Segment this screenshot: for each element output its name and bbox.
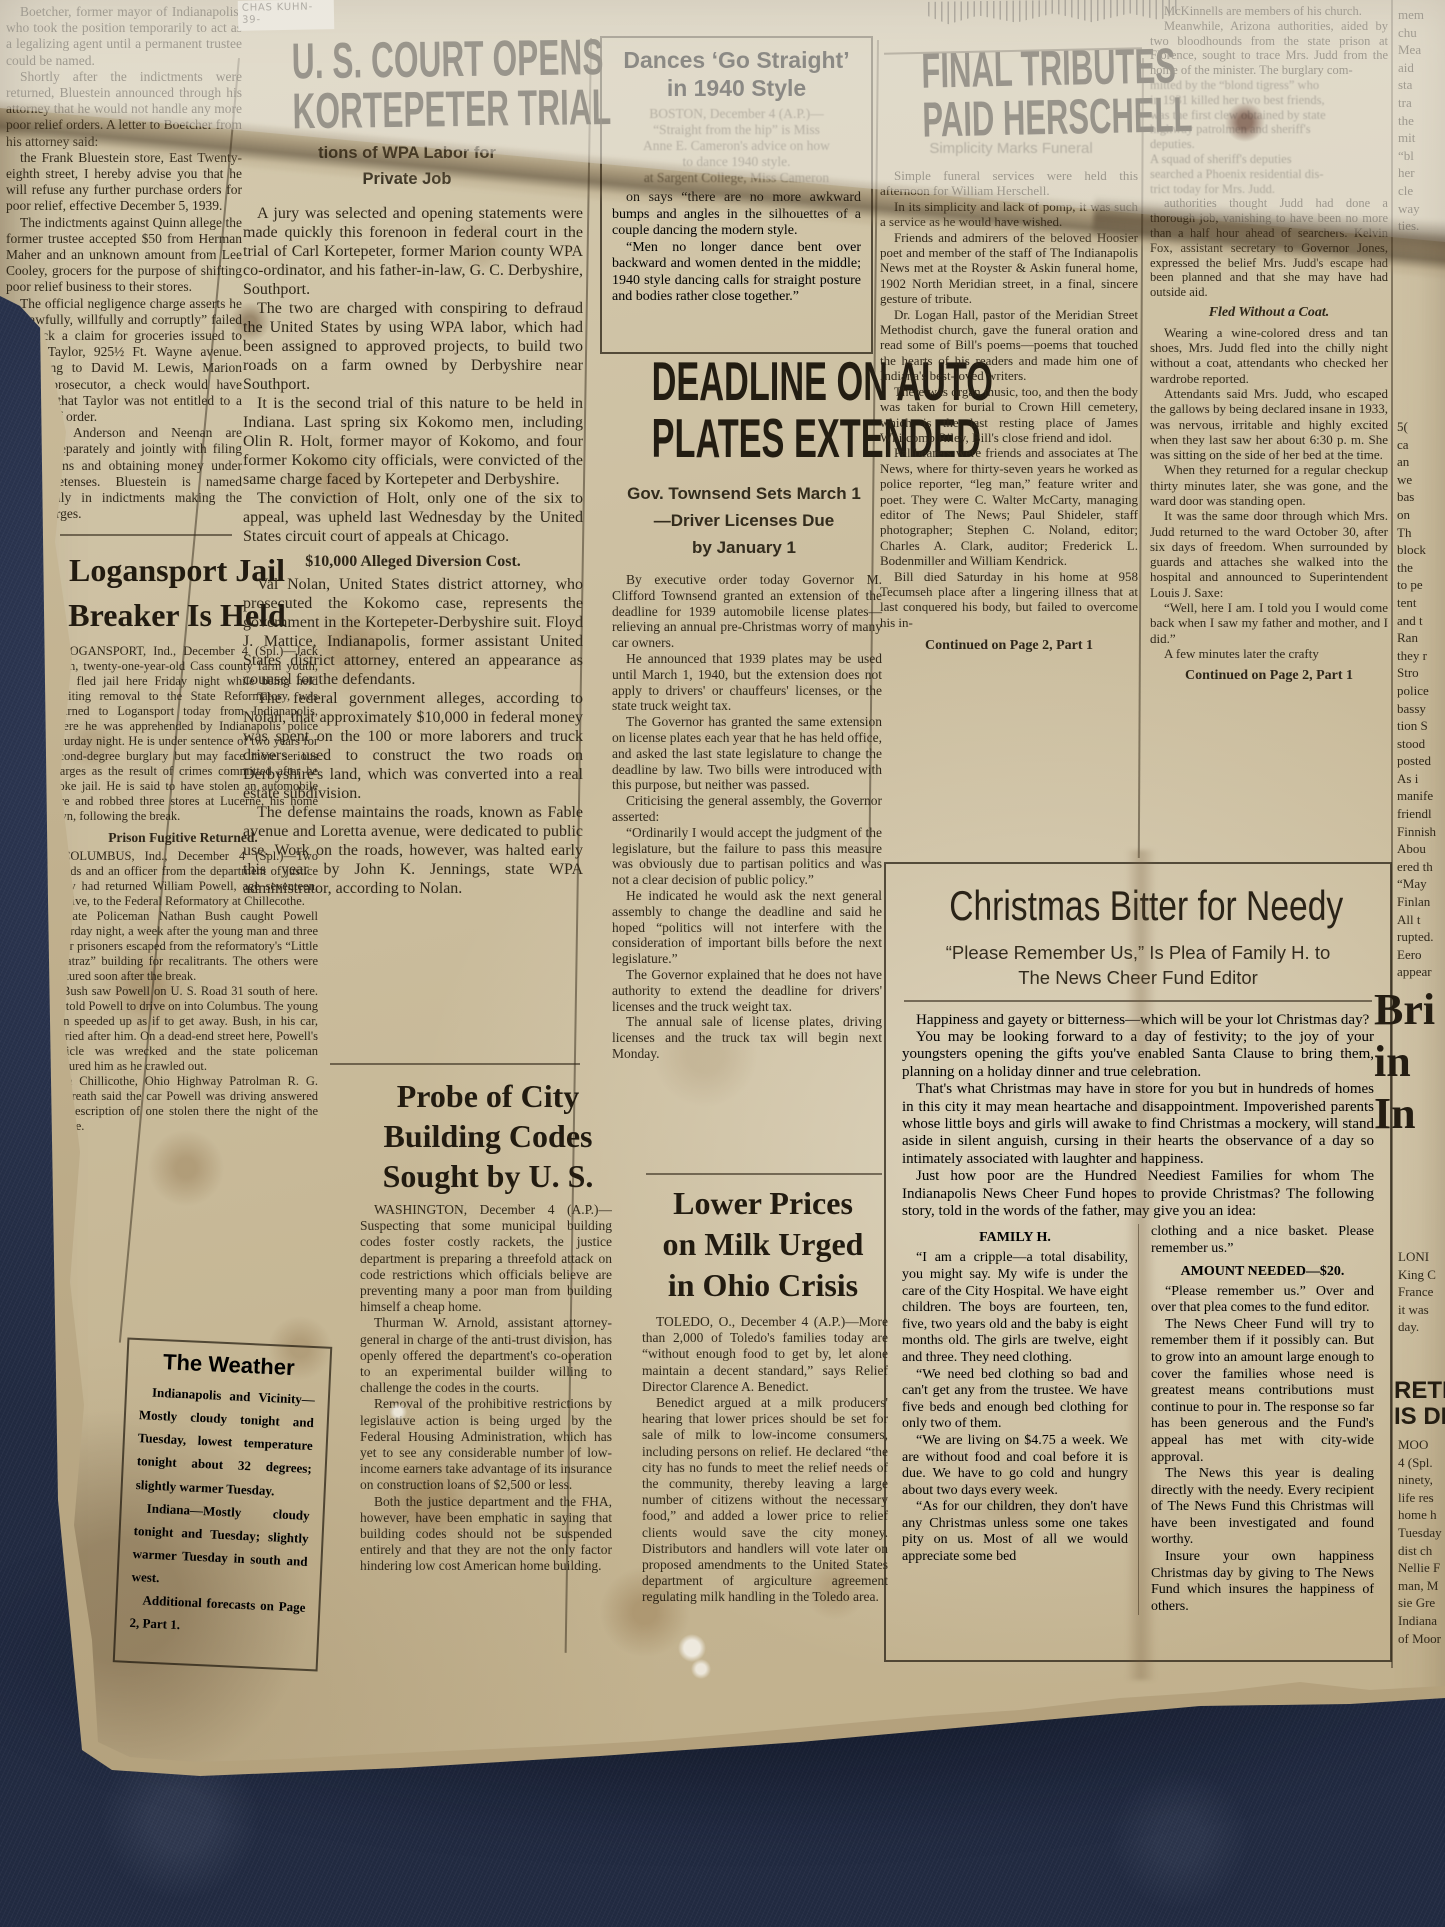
section-rule — [646, 1173, 882, 1175]
text-line: “As for our children, they don't have an… — [902, 1499, 1128, 1565]
cheer-fund-columns: FAMILY H. “I am a cripple—a total disabi… — [902, 1224, 1374, 1615]
text-line: an — [1397, 453, 1445, 471]
text-line: PLATES EXTENDED — [652, 410, 837, 470]
edge-fragments-top: memchuMeaaidstatrathemit“blherclewayties… — [1398, 6, 1445, 235]
text-line: at Sargent College, Miss Cameron — [612, 170, 861, 186]
text-line: RETIR — [1394, 1378, 1445, 1404]
text-line: was the first clew obtained by state — [1150, 108, 1388, 123]
text-line: 5( — [1397, 418, 1445, 436]
text-line: You may be looking forward to a day of f… — [902, 1029, 1374, 1081]
text-line: “Straight from the hip” is Miss — [612, 122, 861, 138]
text-line: authorities thought Judd had done a thor… — [1150, 196, 1388, 300]
text-line: “May — [1397, 875, 1445, 893]
text-line: King C — [1398, 1266, 1445, 1284]
section-rule — [330, 1063, 580, 1065]
text-line: Bill died Saturday in his home at 958 Te… — [880, 569, 1138, 631]
text-line: BOSTON, December 4 (A.P.)— — [612, 106, 861, 122]
text-line: PAID HERSCHELL — [922, 90, 1101, 145]
text-line: we — [1397, 471, 1445, 489]
text-line: “Please Remember Us,” Is Plea of Family … — [902, 940, 1374, 965]
text-line: By executive order today Governor M. Cli… — [612, 572, 882, 651]
judd-continued-line: Continued on Page 2, Part 1 — [1150, 669, 1388, 684]
text-line: in — [1374, 1036, 1445, 1088]
text-line: “bl — [1398, 147, 1445, 165]
text-line: home h — [1398, 1506, 1445, 1524]
text-line: tra — [1398, 94, 1445, 112]
text-line: Gov. Townsend Sets March 1 — [610, 480, 878, 507]
text-line: Lower Prices — [640, 1183, 886, 1224]
column-rule — [1138, 58, 1144, 858]
text-line: “We need bed clothing so bad and can't g… — [902, 1367, 1128, 1433]
text-line: it was — [1398, 1301, 1445, 1319]
text-line: “Ordinarily I would accept the judgment … — [612, 825, 882, 888]
judd-top-body: McKinnells are members of his church.Mea… — [1150, 4, 1388, 78]
text-line: posted — [1397, 752, 1445, 770]
text-line: searched a Phoenix residential dis- — [1150, 167, 1388, 182]
weather-box: The Weather Indianapolis and Vicinity—Mo… — [113, 1338, 333, 1672]
text-line: ered th — [1397, 858, 1445, 876]
edge-fragments-lower: LONIKing CFranceit wasday. — [1398, 1248, 1445, 1336]
text-line: “We are living on $4.75 a week. We are w… — [902, 1433, 1128, 1499]
text-line: The News this year is dealing directly w… — [1151, 1466, 1374, 1549]
text-line: The federal government alleges, accordin… — [243, 689, 583, 803]
text-line: trict today for Mrs. Judd. — [1150, 182, 1388, 197]
text-line: stood — [1397, 735, 1445, 753]
text-line: Dances ‘Go Straight’ — [612, 46, 861, 74]
text-line: TOLEDO, O., December 4 (A.P.)—More than … — [642, 1314, 888, 1395]
text-line: Just how poor are the Hundred Neediest F… — [902, 1168, 1374, 1220]
text-line: in Ohio Crisis — [640, 1265, 886, 1306]
text-line: Wearing a wine-colored dress and tan sho… — [1150, 325, 1388, 386]
dances-headline: Dances ‘Go Straight’in 1940 Style — [612, 46, 861, 102]
text-line: Probe of City — [362, 1076, 614, 1116]
herschell-tributes-headline: FINAL TRIBUTESPAID HERSCHELL — [875, 41, 1147, 145]
text-line: The two are charged with conspiring to d… — [243, 299, 583, 394]
amount-needed-body: “Please remember us.” Over and over that… — [1151, 1284, 1374, 1616]
text-line: Sought by U. S. — [362, 1156, 614, 1196]
text-line: cle — [1398, 182, 1445, 200]
text-line: they r — [1397, 647, 1445, 665]
text-line: Meanwhile, Arizona authorities, aided by… — [1150, 19, 1388, 78]
text-line: He announced that 1939 plates may be use… — [612, 651, 882, 714]
subtitle-rule — [904, 1000, 1372, 1002]
text-line: bas — [1397, 488, 1445, 506]
cheer-fund-headline: Christmas Bitter for Needy — [949, 882, 1327, 930]
dances-lead-smudged: BOSTON, December 4 (A.P.)—“Straight from… — [612, 106, 861, 186]
herschell-body: Simple funeral services were held this a… — [880, 168, 1138, 630]
text-line: way — [1398, 200, 1445, 218]
photo-scene: CHAS KUHN-39- Boetcher, former mayor of … — [0, 0, 1445, 1927]
text-line: Dr. Logan Hall, pastor of the Meridian S… — [880, 307, 1138, 384]
text-line: “Men no longer dance bent over backward … — [612, 240, 861, 306]
weather-forecast: Indianapolis and Vicinity—Mostly cloudy … — [129, 1380, 315, 1642]
text-line: bassy — [1397, 700, 1445, 718]
court-trial-article: A jury was selected and opening statemen… — [243, 204, 583, 898]
edge-fragments-bottom: MOO4 (Spl.ninety,life reshome hTuesdaydi… — [1398, 1436, 1445, 1647]
text-line: Ran — [1397, 629, 1445, 647]
text-line: man, M — [1398, 1577, 1445, 1595]
text-line: sta — [1398, 76, 1445, 94]
text-line: Pallbearers were friends and associates … — [880, 445, 1138, 568]
text-line: Stro — [1397, 664, 1445, 682]
building-codes-article: WASHINGTON, December 4 (A.P.)—Suspecting… — [360, 1202, 612, 1575]
text-line: Friends and admirers of the beloved Hoos… — [880, 230, 1138, 307]
handwritten-label: CHAS KUHN-39- — [238, 0, 335, 31]
text-line: Insure your own happiness Christmas day … — [1151, 1549, 1374, 1615]
text-line: tions of WPA Labor for — [242, 140, 572, 166]
text-line: mitted by the “blond tigress” who — [1150, 78, 1388, 93]
text-line: Criticising the general assembly, the Go… — [612, 793, 882, 825]
family-h-body: “I am a cripple—a total disability, you … — [902, 1250, 1128, 1565]
text-line: of Moor — [1398, 1630, 1445, 1648]
text-line: WASHINGTON, December 4 (A.P.)—Suspecting… — [360, 1202, 612, 1315]
text-line: Bri — [1374, 984, 1445, 1036]
text-line: That's what Christmas may have in store … — [902, 1081, 1374, 1168]
text-line: The News Cheer Fund Editor — [902, 965, 1374, 990]
text-line: block — [1397, 541, 1445, 559]
text-line: A squad of sheriff's deputies — [1150, 152, 1388, 167]
text-line: Bush saw Powell on U. S. Road 31 south o… — [48, 984, 318, 1074]
text-line: The defense maintains the roads, known a… — [243, 803, 583, 898]
text-line: There was organ music, too, and then the… — [880, 384, 1138, 446]
text-line: The annual sale of license plates, drivi… — [612, 1014, 882, 1061]
text-line: Indiana—Mostly cloudy tonight and Tuesda… — [131, 1496, 310, 1596]
license-deadline-headline: DEADLINE ON AUTOPLATES EXTENDED — [604, 354, 884, 468]
text-line: manife — [1397, 787, 1445, 805]
text-line: mit — [1398, 129, 1445, 147]
newspaper-page: CHAS KUHN-39- Boetcher, former mayor of … — [0, 0, 1445, 1927]
text-line: McKinnells are members of his church. — [1150, 4, 1388, 19]
weather-title: The Weather — [141, 1348, 317, 1382]
text-line: on — [1397, 506, 1445, 524]
judd-body: Wearing a wine-colored dress and tan sho… — [1150, 325, 1388, 662]
text-line: police — [1397, 682, 1445, 700]
text-line: Indiana — [1398, 1612, 1445, 1630]
text-line: the — [1397, 559, 1445, 577]
text-line: A few minutes later the crafty — [1150, 646, 1388, 661]
text-line: ninety, — [1398, 1471, 1445, 1489]
edge-headline-fragment: BriinIn — [1374, 984, 1445, 1140]
text-line: A jury was selected and opening statemen… — [243, 204, 583, 299]
text-line: 4 (Spl. — [1398, 1454, 1445, 1472]
text-line: State Policeman Nathan Bush caught Powel… — [48, 909, 318, 984]
ink-scribble-marks — [928, 0, 1180, 26]
fled-without-coat-subhead: Fled Without a Coat. — [1150, 306, 1388, 321]
family-h-column: FAMILY H. “I am a cripple—a total disabi… — [902, 1224, 1138, 1615]
text-line: in 1931 killed her two best friends, — [1150, 93, 1388, 108]
text-line: tent — [1397, 594, 1445, 612]
text-line: to pe — [1397, 576, 1445, 594]
text-line: Thurman W. Arnold, assistant attorney-ge… — [360, 1315, 612, 1396]
text-line: her — [1398, 164, 1445, 182]
text-line: The indictments against Quinn allege the… — [6, 215, 242, 296]
herschell-deck-smudged: Simplicity Marks Funeral — [880, 140, 1142, 157]
text-line: The Governor has granted the same extens… — [612, 714, 882, 793]
text-line: “Well, here I am. I told you I would com… — [1150, 600, 1388, 646]
text-line: highway patrolmen and sheriff's — [1150, 122, 1388, 137]
text-line: All t — [1397, 911, 1445, 929]
cheer-fund-subtitle: “Please Remember Us,” Is Plea of Family … — [902, 940, 1374, 990]
text-line: life res — [1398, 1489, 1445, 1507]
amount-needed-subhead: AMOUNT NEEDED—$20. — [1151, 1264, 1374, 1280]
text-line: In its simplicity and lack of pomp, it w… — [880, 199, 1138, 230]
text-line: Finlan — [1397, 893, 1445, 911]
text-line: on Milk Urged — [640, 1224, 886, 1265]
cheer-fund-intro: Happiness and gayety or bitterness—which… — [902, 1012, 1374, 1221]
text-line: dist ch — [1398, 1542, 1445, 1560]
text-line: deputies. — [1150, 137, 1388, 152]
text-line: Val Nolan, United States district attorn… — [243, 575, 583, 689]
text-line: Mea — [1398, 41, 1445, 59]
milk-prices-article: TOLEDO, O., December 4 (A.P.)—More than … — [642, 1314, 888, 1606]
text-line: appear — [1397, 963, 1445, 981]
text-line: The conviction of Holt, only one of the … — [243, 489, 583, 546]
dances-body: on says “there are no more awkward bumps… — [612, 190, 861, 306]
text-line: LONI — [1398, 1248, 1445, 1266]
text-line: The News Cheer Fund will try to remember… — [1151, 1317, 1374, 1466]
text-line: Nellie F — [1398, 1559, 1445, 1577]
text-line: in 1940 Style — [612, 74, 861, 102]
cheer-fund-box: Christmas Bitter for Needy “Please Remem… — [884, 862, 1392, 1662]
diversion-cost-subhead: $10,000 Alleged Diversion Cost. — [243, 552, 583, 571]
text-line: Simple funeral services were held this a… — [880, 168, 1138, 199]
text-line: Building Codes — [362, 1116, 614, 1156]
herschell-continued-line: Continued on Page 2, Part 1 — [880, 638, 1138, 653]
text-line: In Chillicothe, Ohio Highway Patrolman R… — [48, 1074, 318, 1134]
text-line: “I am a cripple—a total disability, you … — [902, 1250, 1128, 1366]
text-line: mem — [1398, 6, 1445, 24]
dances-box: Dances ‘Go Straight’in 1940 Style BOSTON… — [600, 36, 873, 354]
text-line: ca — [1397, 436, 1445, 454]
text-line: “Please remember us.” Over and over that… — [1151, 1284, 1374, 1317]
judd-smudged-lines: mitted by the “blond tigress” whoin 1931… — [1150, 78, 1388, 196]
text-line: It was the same door through which Mrs. … — [1150, 508, 1388, 600]
text-line: to dance 1940 style. — [612, 154, 861, 170]
text-line: Eero — [1397, 946, 1445, 964]
text-line: Shortly after the indictments were retur… — [6, 69, 242, 150]
text-line: France — [1398, 1283, 1445, 1301]
edge-retired-headline-fragment: RETIRIS DE — [1394, 1378, 1445, 1430]
family-h-subhead: FAMILY H. — [902, 1230, 1128, 1246]
text-line: Finnish — [1397, 823, 1445, 841]
text-line: In — [1374, 1088, 1445, 1140]
text-line: Removal of the prohibitive restrictions … — [360, 1396, 612, 1493]
court-trial-deck: tions of WPA Labor forPrivate Job — [242, 140, 572, 192]
text-line: rupted. — [1397, 928, 1445, 946]
milk-prices-headline: Lower Priceson Milk Urgedin Ohio Crisis — [640, 1183, 886, 1306]
license-deadline-article: By executive order today Governor M. Cli… — [612, 572, 882, 1062]
text-line: —Driver Licenses Due — [610, 507, 878, 534]
text-line: Private Job — [242, 166, 572, 192]
text-line: Indianapolis and Vicinity—Mostly cloudy … — [135, 1380, 315, 1503]
license-deadline-deck: Gov. Townsend Sets March 1—Driver Licens… — [610, 480, 878, 561]
judd-mid-body: authorities thought Judd had done a thor… — [1150, 196, 1388, 300]
text-line: the Frank Bluestein store, East Twenty-e… — [6, 150, 242, 215]
text-line: Benedict argued at a milk producers' hea… — [642, 1395, 888, 1606]
text-line: ties. — [1398, 217, 1445, 235]
text-line: Anne E. Cameron's advice on how — [612, 138, 861, 154]
text-line: MOO — [1398, 1436, 1445, 1454]
text-line: Boetcher, former mayor of Indianapolis, … — [6, 4, 242, 69]
text-line: on says “there are no more awkward bumps… — [612, 190, 861, 240]
text-line: The Governor explained that he does not … — [612, 967, 882, 1014]
text-line: DEADLINE ON AUTO — [652, 353, 837, 413]
text-line: friendl — [1397, 805, 1445, 823]
text-line: Happiness and gayety or bitterness—which… — [902, 1012, 1374, 1029]
text-line: KORTEPETER TRIAL — [292, 83, 526, 139]
text-line: Tuesday — [1398, 1524, 1445, 1542]
edge-fragments-middle: 5(caanwebasonThblocktheto petentand tRan… — [1397, 418, 1445, 981]
text-line: Attendants said Mrs. Judd, who escaped t… — [1150, 386, 1388, 462]
continuation-line: clothing and a nice basket. Please remem… — [1151, 1224, 1374, 1257]
text-line: tion S — [1397, 717, 1445, 735]
text-line: the — [1398, 112, 1445, 130]
amount-needed-column: clothing and a nice basket. Please remem… — [1138, 1224, 1374, 1615]
text-line: Additional forecasts on Page 2, Part 1. — [129, 1588, 306, 1642]
text-line: aid — [1398, 59, 1445, 77]
text-line: Th — [1397, 524, 1445, 542]
text-line: As i — [1397, 770, 1445, 788]
court-body: A jury was selected and opening statemen… — [243, 204, 583, 546]
judd-escape-article: McKinnells are members of his church.Mea… — [1150, 4, 1388, 684]
building-codes-headline: Probe of CityBuilding CodesSought by U. … — [362, 1076, 614, 1196]
text-line: and t — [1397, 612, 1445, 630]
text-line: He indicated he would ask the next gener… — [612, 888, 882, 967]
text-line: Abou — [1397, 840, 1445, 858]
court-body2: Val Nolan, United States district attorn… — [243, 575, 583, 898]
text-line: sie Gre — [1398, 1594, 1445, 1612]
court-trial-headline: U. S. COURT OPENSKORTEPETER TRIAL — [231, 34, 586, 139]
text-line: It is the second trial of this nature to… — [243, 394, 583, 489]
text-line: IS DE — [1394, 1404, 1445, 1430]
section-rule — [60, 534, 232, 536]
herschell-article: Simple funeral services were held this a… — [880, 168, 1138, 654]
text-line: Both the justice department and the FHA,… — [360, 1494, 612, 1575]
text-line: by January 1 — [610, 534, 878, 561]
text-line: day. — [1398, 1318, 1445, 1336]
text-line: When they returned for a regular checkup… — [1150, 462, 1388, 508]
text-line: chu — [1398, 24, 1445, 42]
